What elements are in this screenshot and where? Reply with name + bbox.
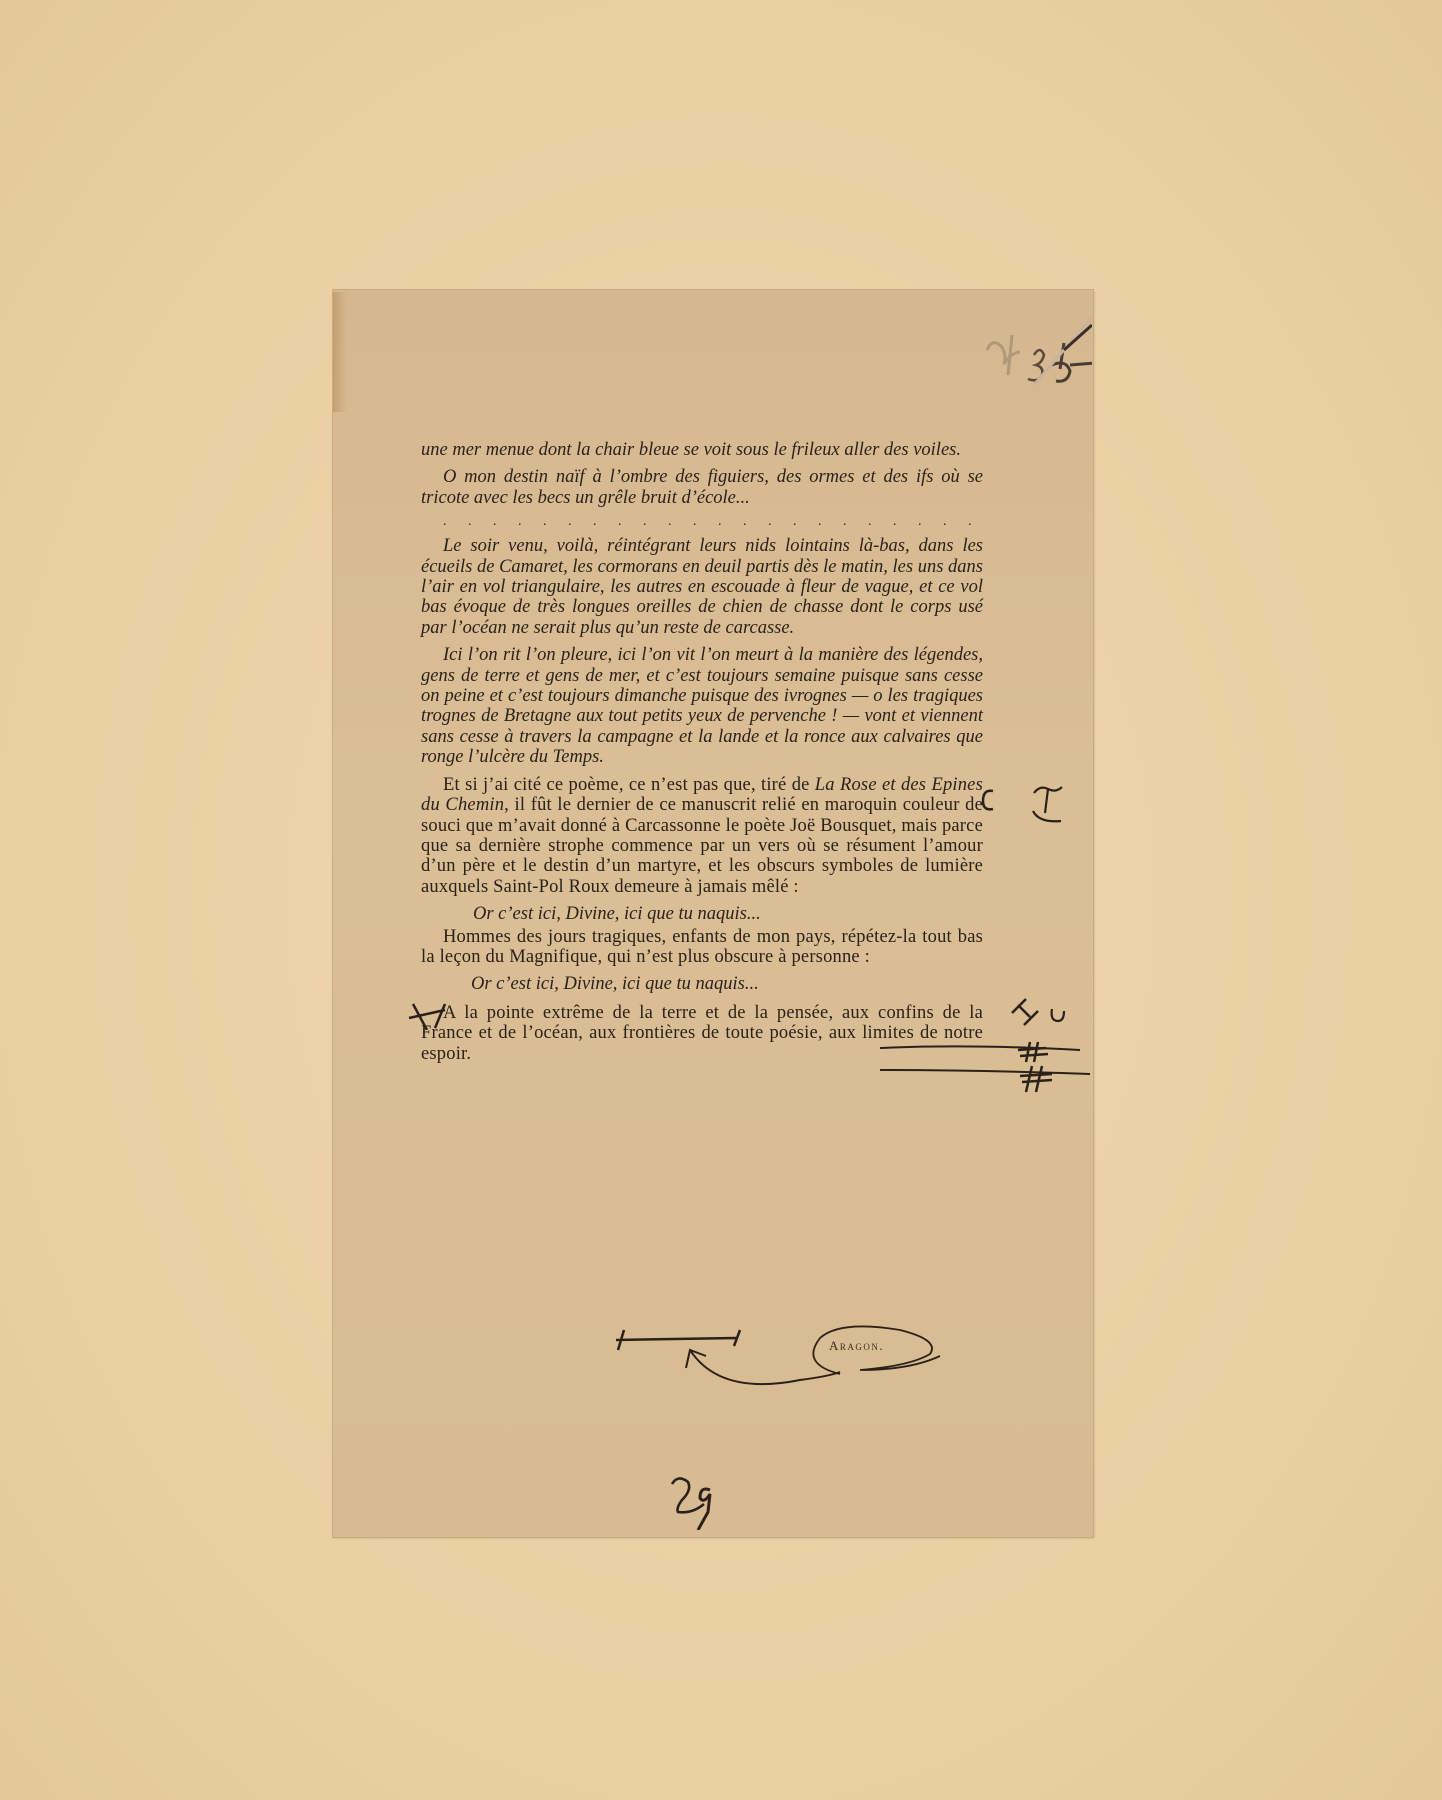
verse-quote-2: Or c’est ici, Divine, ici que tu naquis.…: [421, 974, 983, 994]
paragraph-2: O mon destin naïf à l’ombre des figuiers…: [421, 467, 983, 508]
paragraph-4: Ici l’on rit l’on pleure, ici l’on vit l…: [421, 645, 983, 767]
verse-quote-1: Or c’est ici, Divine, ici que tu naquis.…: [421, 904, 983, 924]
proof-mark-bracket: [977, 785, 997, 815]
proof-mark-lu-icon: [1010, 995, 1070, 1031]
paragraph-3: Le soir venu, voilà, réintégrant leurs n…: [421, 536, 983, 638]
paragraph-6: Hommes des jours tragiques, enfants de m…: [421, 927, 983, 968]
signature-proof-mark: [610, 1320, 950, 1400]
paragraph-5-start: Et si j’ai cité ce poème, ce n’est pas q…: [443, 775, 815, 795]
folio-number-handwritten: [942, 305, 1092, 400]
proof-mark-t-icon: [1028, 783, 1068, 828]
paragraph-5: Et si j’ai cité ce poème, ce n’est pas q…: [421, 775, 983, 897]
page-number-handwritten: [668, 1470, 724, 1530]
page-stain: [333, 292, 347, 412]
proof-mark-deletion-icon: [405, 1000, 455, 1030]
ellipsis-divider: . . . . . . . . . . . . . . . . . . . . …: [421, 515, 983, 529]
signature-aragon: Aragon.: [829, 1338, 884, 1354]
proof-mark-space-icons: [880, 1040, 1090, 1100]
paragraph-5-end: , il fût le dernier de ce manuscrit reli…: [421, 795, 983, 897]
paragraph-1: une mer menue dont la chair bleue se voi…: [421, 440, 983, 460]
body-text: une mer menue dont la chair bleue se voi…: [421, 440, 983, 1071]
